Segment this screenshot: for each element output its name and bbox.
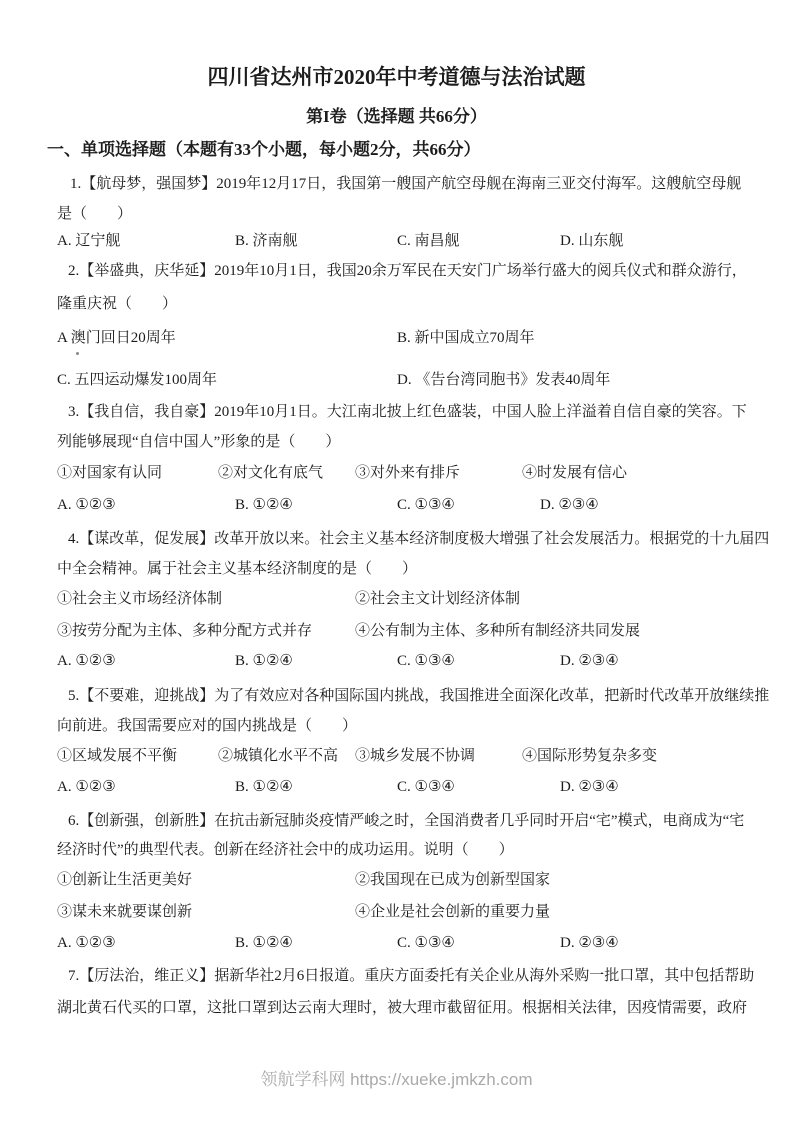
section-heading: 一、单项选择题（本题有33个小题，每小题2分，共66分）	[47, 139, 481, 161]
question-4-option-d: D. ②③④	[560, 651, 619, 671]
question-2-option-a: A 澳门回日20周年	[57, 328, 176, 348]
question-5-option-b: B. ①②④	[235, 777, 293, 797]
question-6-option-a: A. ①②③	[57, 933, 116, 953]
question-3-item-1: ①对国家有认同	[57, 463, 162, 483]
question-2-option-c: C. 五四运动爆发100周年	[57, 370, 217, 390]
question-7-stem-line-1: 7.【厉法治，维正义】据新华社2月6日报道。重庆方面委托有关企业从海外采购一批口…	[68, 966, 754, 986]
question-6-option-c: C. ①③④	[397, 933, 455, 953]
question-6-item-2: ②我国现在已成为创新型国家	[355, 870, 550, 890]
question-5-item-2: ②城镇化水平不高	[218, 746, 338, 766]
question-2-option-d: D. 《告台湾同胞书》发表40周年	[397, 370, 610, 390]
question-1-stem-line-1: 1.【航母梦，强国梦】2019年12月17日，我国第一艘国产航空母舰在海南三亚交…	[70, 174, 741, 194]
question-2-option-b: B. 新中国成立70周年	[397, 328, 535, 348]
question-5-item-4: ④国际形势复杂多变	[522, 746, 657, 766]
question-4-stem-line-2: 中全会精神。属于社会主义基本经济制度的是（ ）	[57, 559, 417, 579]
question-3-option-a: A. ①②③	[57, 495, 116, 515]
question-5-option-a: A. ①②③	[57, 777, 116, 797]
exam-document-page: 四川省达州市2020年中考道德与法治试题 第I卷（选择题 共66分） 一、单项选…	[0, 0, 793, 1122]
question-3-option-d: D. ②③④	[540, 495, 599, 515]
question-6-option-b: B. ①②④	[235, 933, 293, 953]
question-5-item-3: ③城乡发展不协调	[355, 746, 475, 766]
question-4-option-b: B. ①②④	[235, 651, 293, 671]
question-4-item-2: ②社会主文计划经济体制	[355, 589, 520, 609]
document-title: 四川省达州市2020年中考道德与法治试题	[0, 64, 793, 90]
volume-header: 第I卷（选择题 共66分）	[0, 106, 793, 128]
question-1-option-a: A. 辽宁舰	[57, 231, 120, 251]
question-1-option-c: C. 南昌舰	[397, 231, 460, 251]
question-5-item-1: ①区域发展不平衡	[57, 746, 177, 766]
question-3-item-4: ④时发展有信心	[522, 463, 627, 483]
question-5-option-d: D. ②③④	[560, 777, 619, 797]
question-4-stem-line-1: 4.【谋改革，促发展】改革开放以来。社会主义基本经济制度极大增强了社会发展活力。…	[68, 529, 769, 549]
scan-artifact-dot	[76, 352, 79, 355]
question-1-option-d: D. 山东舰	[560, 231, 623, 251]
question-2-stem-line-2: 隆重庆祝（ ）	[57, 294, 177, 314]
question-4-item-3: ③按劳分配为主体、多种分配方式并存	[57, 621, 312, 641]
question-3-item-2: ②对文化有底气	[218, 463, 323, 483]
question-6-option-d: D. ②③④	[560, 933, 619, 953]
question-3-stem-line-2: 列能够展现“自信中国人”形象的是（ ）	[57, 432, 340, 452]
question-4-item-1: ①社会主义市场经济体制	[57, 589, 222, 609]
question-4-option-a: A. ①②③	[57, 651, 116, 671]
question-6-stem-line-1: 6.【创新强，创新胜】在抗击新冠肺炎疫情严峻之时，全国消费者几乎同时开启“宅”模…	[68, 811, 744, 831]
question-5-stem-line-1: 5.【不要难，迎挑战】为了有效应对各种国际国内挑战，我国推进全面深化改革，把新时…	[68, 686, 769, 706]
question-2-stem-line-1: 2.【举盛典，庆华延】2019年10月1日，我国20余万军民在天安门广场举行盛大…	[68, 261, 747, 281]
question-3-item-3: ③对外来有排斥	[355, 463, 460, 483]
question-6-item-4: ④企业是社会创新的重要力量	[355, 902, 550, 922]
question-1-stem-line-2: 是（ ）	[57, 204, 132, 224]
question-7-stem-line-2: 湖北黄石代买的口罩，这批口罩到达云南大理时，被大理市截留征用。根据相关法律，因疫…	[57, 998, 747, 1018]
question-3-option-c: C. ①③④	[397, 495, 455, 515]
question-6-stem-line-2: 经济时代”的典型代表。创新在经济社会中的成功运用。说明（ ）	[57, 840, 514, 860]
site-watermark: 领航学科网 https://xueke.jmkzh.com	[0, 1070, 793, 1090]
question-6-item-1: ①创新让生活更美好	[57, 870, 192, 890]
question-4-item-4: ④公有制为主体、多种所有制经济共同发展	[355, 621, 640, 641]
question-4-option-c: C. ①③④	[397, 651, 455, 671]
question-1-option-b: B. 济南舰	[235, 231, 298, 251]
question-3-stem-line-1: 3.【我自信，我自豪】2019年10月1日。大江南北披上红色盛装，中国人脸上洋溢…	[68, 402, 747, 422]
question-5-option-c: C. ①③④	[397, 777, 455, 797]
question-3-option-b: B. ①②④	[235, 495, 293, 515]
question-6-item-3: ③谋未来就要谋创新	[57, 902, 192, 922]
question-5-stem-line-2: 向前进。我国需要应对的国内挑战是（ ）	[57, 716, 357, 736]
